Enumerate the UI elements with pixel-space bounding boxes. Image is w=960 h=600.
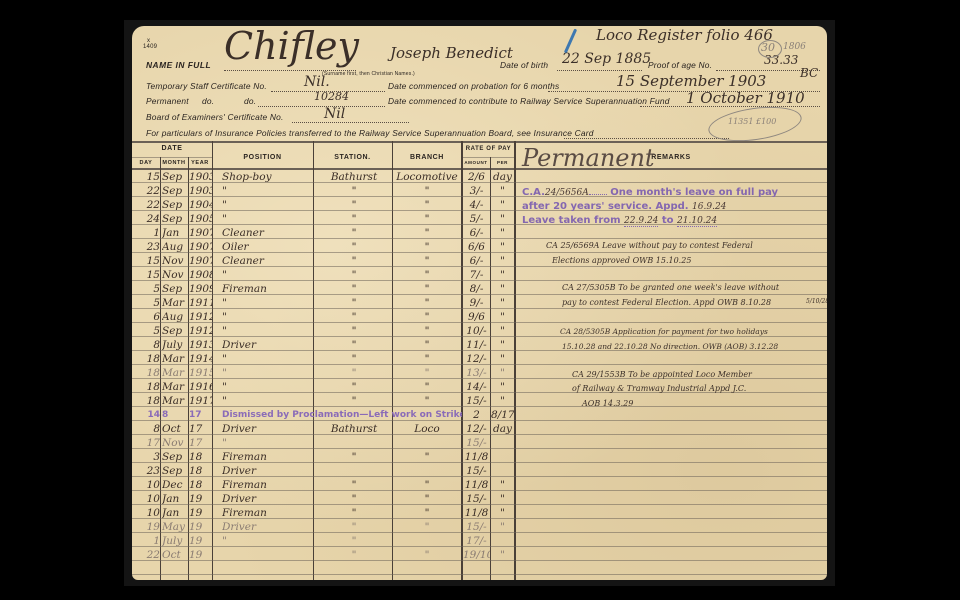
cell-station: " [318,254,390,268]
cell-per: " [491,184,514,198]
cell-position: " [222,310,312,324]
cell-branch [394,534,460,548]
cell-position: Driver [222,422,312,436]
cell-per: " [491,240,514,254]
board-value: Nil [324,106,345,122]
cell-amount: 8/- [463,282,490,296]
cell-position: Shop-boy [222,170,312,184]
cell-position: Oiler [222,240,312,254]
date-header: DATE [132,145,212,152]
cell-per: " [491,212,514,226]
cell-branch: " [394,296,460,310]
cell-amount: 15/- [463,464,490,478]
cell-month: Sep [162,464,188,478]
cell-month: Mar [162,352,188,366]
cell-year: 1905 [189,212,212,226]
cell-month: Sep [162,212,188,226]
cell-per: " [491,394,514,408]
cell-year: 17 [189,408,212,422]
cell-station: " [318,492,390,506]
permanent-do-2: do. [244,96,256,106]
cell-branch: " [394,380,460,394]
cell-station: " [318,534,390,548]
cell-position: " [222,198,312,212]
cell-month: Mar [162,380,188,394]
cell-day: 23 [134,240,160,254]
dob-value: 22 Sep 1885 [562,51,651,67]
cell-station: " [318,338,390,352]
cell-day: 18 [134,366,160,380]
cell-month: Oct [162,548,188,562]
board-label: Board of Examiners' Certificate No. [146,112,284,122]
cell-per [491,534,514,548]
remark-note-3-line-2: 15.10.28 and 22.10.28 No direction. OWB … [562,342,778,351]
cell-day: 3 [134,450,160,464]
cell-month: Aug [162,310,188,324]
cell-per: " [491,226,514,240]
cell-amount: 4/- [463,198,490,212]
cell-position: " [222,268,312,282]
cell-month: Sep [162,184,188,198]
cell-year: 1907 [189,226,212,240]
cell-per [491,450,514,464]
cell-day: 22 [134,198,160,212]
cell-branch: " [394,184,460,198]
cell-position: " [222,394,312,408]
cell-station: " [318,198,390,212]
cell-per: day [491,170,514,184]
cell-position: " [222,534,312,548]
name-hint: (Surname first, then Christian Names.) [322,71,415,77]
remark-note-3-line-1: CA 28/5305B Application for payment for … [560,327,768,336]
cell-day: 6 [134,310,160,324]
name-label: NAME IN FULL [146,60,211,70]
cell-per: " [491,520,514,534]
cell-year: 19 [189,548,212,562]
cell-year: 1903 [189,170,212,184]
cell-day: 5 [134,282,160,296]
form-number: 1409 [143,44,157,50]
remarks-permanent-word: Permanent [522,144,655,172]
leave-stamp-line-1: C.A.24/5656A One month's leave on full p… [522,187,778,198]
cell-branch: " [394,226,460,240]
cell-day: 8 [134,338,160,352]
cell-branch: " [394,254,460,268]
cell-per: " [491,296,514,310]
cell-branch: " [394,450,460,464]
cell-station: " [318,450,390,464]
cell-branch: " [394,212,460,226]
cell-amount: 11/8 [463,450,490,464]
cell-day: 19 [134,520,160,534]
cell-amount: 12/- [463,422,490,436]
cell-amount: 6/- [463,226,490,240]
cell-month: Nov [162,268,188,282]
cell-day: 22 [134,184,160,198]
cell-month: Nov [162,254,188,268]
cell-year: 19 [189,506,212,520]
dismissal-stamp: Dismissed by Proclamation—Left work on S… [222,408,462,422]
cell-station: " [318,226,390,240]
cell-month: Jan [162,492,188,506]
cell-year: 19 [189,534,212,548]
cell-position: Fireman [222,506,312,520]
remark-note-2-line-1: CA 27/5305B To be granted one week's lea… [562,283,779,292]
cell-amount: 9/6 [463,310,490,324]
day-header: DAY [132,160,160,166]
cell-day: 1 [134,534,160,548]
cell-branch: " [394,282,460,296]
christian-names-value: Joseph Benedict [390,44,513,62]
cell-amount: 19/10 [463,548,490,562]
cell-station: " [318,268,390,282]
cell-branch: " [394,506,460,520]
cell-per: " [491,548,514,562]
cell-year: 1908 [189,268,212,282]
cell-position: Driver [222,520,312,534]
cell-branch: " [394,394,460,408]
cell-amount: 6/6 [463,240,490,254]
cell-branch [394,464,460,478]
proof-age-label: Proof of age No. [648,60,712,70]
cell-branch: " [394,548,460,562]
cell-branch: " [394,324,460,338]
cell-month: Jan [162,226,188,240]
cell-day: 5 [134,324,160,338]
probation-label: Date commenced on probation for 6 months [388,81,559,91]
cell-month: Mar [162,394,188,408]
cell-amount: 5/- [463,212,490,226]
cell-per [491,436,514,450]
remark-note-2-line-2: pay to contest Federal Election. Appd OW… [562,298,771,307]
cell-station: " [318,352,390,366]
circled-note: 30 [761,41,775,54]
cell-year: 1914 [189,352,212,366]
employment-record-card: x 1409 NAME IN FULL Chifley Joseph Bened… [132,26,827,580]
cell-month: Sep [162,170,188,184]
cell-branch: " [394,198,460,212]
cell-station [318,436,390,450]
cell-branch: " [394,268,460,282]
cell-branch: " [394,366,460,380]
cell-year: 1903 [189,184,212,198]
leave-stamp-line-3: Leave taken from 22.9.24 to 21.10.24 [522,215,717,226]
cell-station [318,464,390,478]
temp-cert-value: Nil. [304,74,330,90]
cell-station: " [318,366,390,380]
cell-position: " [222,366,312,380]
cell-month: Sep [162,198,188,212]
cell-year: 1913 [189,338,212,352]
cell-amount: 7/- [463,268,490,282]
cell-year: 18 [189,478,212,492]
cell-station: " [318,310,390,324]
cell-per: " [491,282,514,296]
rate-of-pay-header: RATE OF PAY [462,146,515,152]
leave-stamp-line-2: after 20 years' service. Appd. 16.9.24 [522,201,726,212]
surname-value: Chifley [224,26,359,68]
cell-per: " [491,310,514,324]
insurance-label: For particulars of Insurance Policies tr… [146,128,594,138]
cell-station: " [318,478,390,492]
cell-day: 14 [134,408,160,422]
insurance-note: 11351 £100 [728,117,776,126]
cell-day: 10 [134,506,160,520]
remark-note-2-side: 5/10/28 [806,298,827,305]
cell-day: 1 [134,226,160,240]
cell-amount: 9/- [463,296,490,310]
cell-month: Mar [162,366,188,380]
blue-tick-mark [564,29,577,54]
cell-branch: " [394,492,460,506]
cell-year: 18 [189,450,212,464]
superannuation-label: Date commenced to contribute to Railway … [388,96,670,106]
cell-per: " [491,492,514,506]
cell-station: " [318,506,390,520]
cell-month: May [162,520,188,534]
cell-month: Sep [162,282,188,296]
cell-month: Jan [162,506,188,520]
cell-amount: 12/- [463,352,490,366]
cell-day: 15 [134,170,160,184]
permanent-label: Permanent [146,96,189,106]
cell-month: Sep [162,450,188,464]
cell-amount: 14/- [463,380,490,394]
temp-cert-label: Temporary Staff Certificate No. [146,81,267,91]
cell-year: 19 [189,492,212,506]
cell-amount: 6/- [463,254,490,268]
cell-station: " [318,380,390,394]
cell-per [491,464,514,478]
cell-branch [394,436,460,450]
side-number: 1806 [783,42,806,52]
cell-day: 5 [134,296,160,310]
permanent-do-1: do. [202,96,214,106]
cell-day: 15 [134,254,160,268]
year-header: YEAR [188,160,212,166]
register-note: Loco Register folio 466 [596,26,773,44]
cell-per: " [491,198,514,212]
cell-amount: 17/- [463,534,490,548]
cell-branch: " [394,240,460,254]
cell-day: 10 [134,478,160,492]
cell-position: " [222,296,312,310]
cell-station: " [318,212,390,226]
cell-amount: 13/- [463,366,490,380]
cell-year: 1917 [189,394,212,408]
cell-per: " [491,254,514,268]
cell-year: 1916 [189,380,212,394]
cell-amount: 11/8 [463,506,490,520]
cell-branch: " [394,352,460,366]
cell-position [222,548,312,562]
remark-note-1-line-2: Elections approved OWB 15.10.25 [552,256,691,265]
cell-per: " [491,352,514,366]
cell-per: 8/17 [491,408,514,422]
cell-day: 18 [134,394,160,408]
cell-day: 18 [134,380,160,394]
header-rule [132,141,827,143]
cell-day: 17 [134,436,160,450]
cell-month: Aug [162,240,188,254]
remark-note-4-line-3: AOB 14.3.29 [582,399,633,408]
cell-branch: " [394,338,460,352]
cell-per: " [491,268,514,282]
cell-station: Bathurst [318,422,390,436]
cell-month: Nov [162,436,188,450]
cell-per: day [491,422,514,436]
cell-day: 22 [134,548,160,562]
cell-station: Bathurst [318,170,390,184]
cell-year: 1909 [189,282,212,296]
branch-header: BRANCH [392,154,462,161]
cell-branch: Locomotive [394,170,460,184]
cell-position: Driver [222,338,312,352]
cell-station: " [318,520,390,534]
cell-year: 1912 [189,324,212,338]
cell-day: 18 [134,352,160,366]
cell-position: Fireman [222,478,312,492]
cell-per: " [491,324,514,338]
cell-year: 19 [189,520,212,534]
cell-amount: 2/6 [463,170,490,184]
cell-position: " [222,212,312,226]
cell-station: " [318,548,390,562]
cell-position: Cleaner [222,226,312,240]
cell-station: " [318,296,390,310]
cell-amount: 11/- [463,338,490,352]
month-header: MONTH [160,160,188,166]
amount-header: AMOUNT [462,160,490,165]
cell-amount: 15/- [463,520,490,534]
cell-year: 1911 [189,296,212,310]
cell-amount: 10/- [463,324,490,338]
cell-position: " [222,352,312,366]
cell-month: July [162,534,188,548]
permanent-value: 10284 [314,90,349,103]
remark-note-1-line-1: CA 25/6569A Leave without pay to contest… [546,241,753,250]
cell-month: 8 [162,408,188,422]
cell-per: " [491,366,514,380]
cell-amount: 11/8 [463,478,490,492]
cell-branch: " [394,520,460,534]
cell-station: " [318,324,390,338]
remark-note-4-line-2: of Railway & Tramway Industrial Appd J.C… [572,384,746,393]
cell-amount: 2 [463,408,490,422]
cell-year: 1907 [189,240,212,254]
cell-day: 8 [134,422,160,436]
position-header: POSITION [212,154,313,161]
cell-month: Dec [162,478,188,492]
probation-value: 15 September 1903 [616,72,766,90]
cell-month: Sep [162,324,188,338]
cell-position: Cleaner [222,254,312,268]
remark-note-4-line-1: CA 29/1553B To be appointed Loco Member [572,370,752,379]
cell-branch: " [394,478,460,492]
cell-station: " [318,282,390,296]
cell-per: " [491,506,514,520]
cell-position: " [222,380,312,394]
cell-amount: 15/- [463,492,490,506]
cell-amount: 15/- [463,394,490,408]
bc-note: BC [800,66,818,80]
cell-year: 1915 [189,366,212,380]
cell-month: Mar [162,296,188,310]
cell-year: 1907 [189,254,212,268]
station-header: STATION. [313,154,392,161]
cell-position: Driver [222,492,312,506]
cell-year: 1904 [189,198,212,212]
cell-amount: 3/- [463,184,490,198]
cell-day: 23 [134,464,160,478]
cell-per: " [491,380,514,394]
cell-station: " [318,184,390,198]
cell-position: Fireman [222,282,312,296]
cell-per: " [491,338,514,352]
cell-year: 17 [189,422,212,436]
cell-year: 18 [189,464,212,478]
cell-branch: Loco [394,422,460,436]
cell-month: Oct [162,422,188,436]
cell-month: July [162,338,188,352]
cell-position: " [222,184,312,198]
cell-position: Driver [222,464,312,478]
cell-day: 10 [134,492,160,506]
superannuation-value: 1 October 1910 [686,89,805,107]
cell-station: " [318,394,390,408]
cell-day: 15 [134,268,160,282]
cell-position: " [222,436,312,450]
cell-branch: " [394,310,460,324]
per-header: PER [490,160,515,165]
cell-per: " [491,478,514,492]
cell-amount: 15/- [463,436,490,450]
cell-year: 1912 [189,310,212,324]
dob-label: Date of birth [500,60,548,70]
cell-position: " [222,324,312,338]
cell-position: Fireman [222,450,312,464]
cell-station: " [318,240,390,254]
cell-year: 17 [189,436,212,450]
cell-day: 24 [134,212,160,226]
